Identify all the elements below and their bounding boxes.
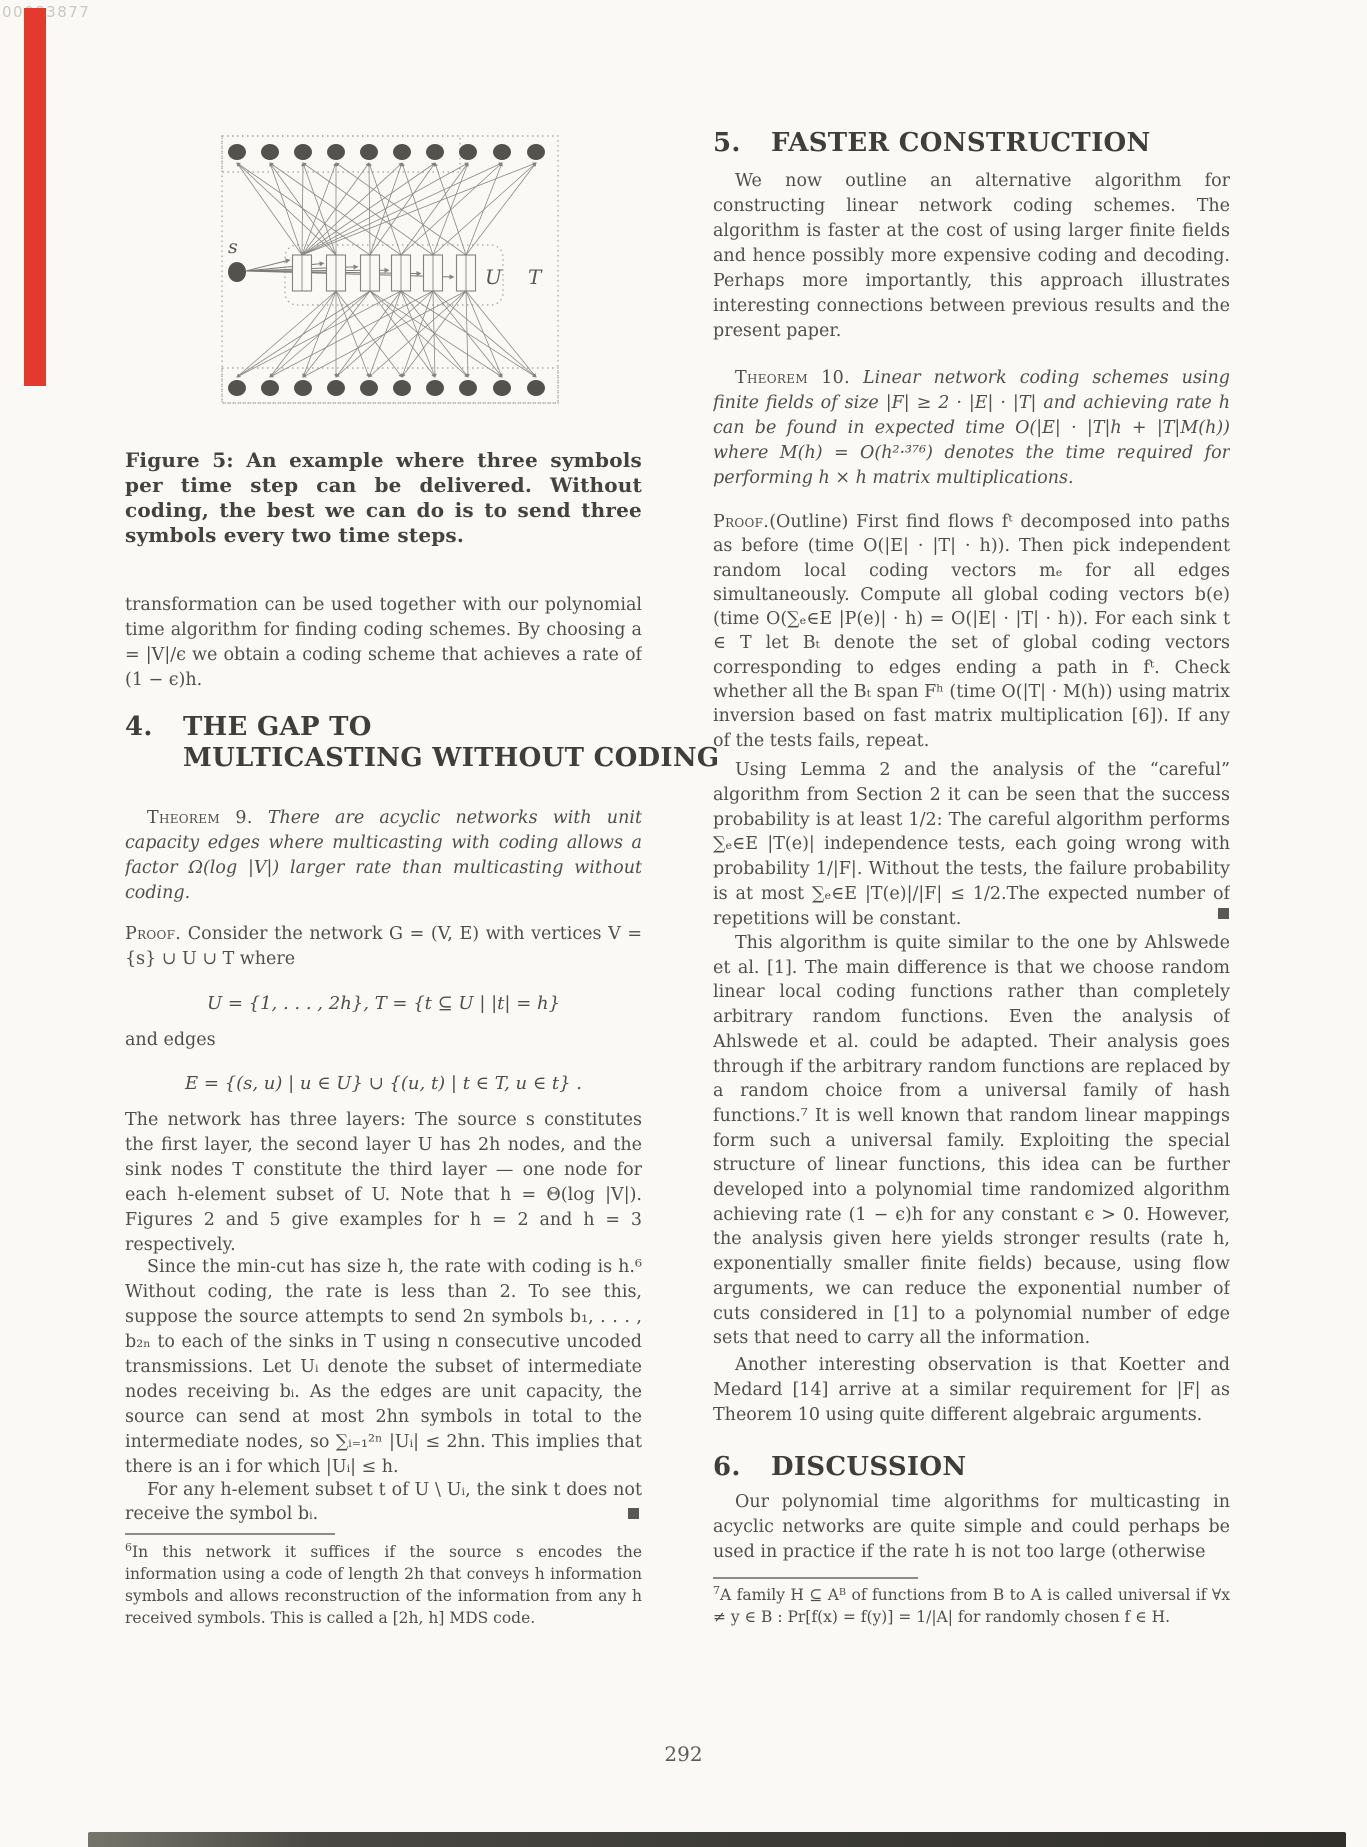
proof-10-label: Proof. (713, 512, 769, 532)
section-5-number: 5. (713, 128, 771, 159)
paragraph-transformation: transformation can be used together with… (125, 593, 642, 696)
text-and-edges: and edges (125, 1028, 642, 1053)
scanned-paper-page: 00083877 s U T Figure 5: An example wher… (0, 0, 1367, 1847)
footnote-7-text: A family H ⊆ Aᴮ of functions from B to A… (713, 1586, 1230, 1626)
paragraph-intro-faster: We now outline an alternative algorithm … (713, 169, 1230, 347)
theorem-10: Theorem 10. Linear network coding scheme… (713, 366, 1230, 495)
paragraph-mincut: Since the min-cut has size h, the rate w… (125, 1255, 642, 1481)
section-6-heading: 6.DISCUSSION (713, 1452, 966, 1483)
section-5-heading: 5.FASTER CONSTRUCTION (713, 128, 1151, 159)
t-region-dotted-box (222, 136, 558, 403)
section-4-number: 4. (125, 712, 183, 743)
footnote-6-marker: 6 (125, 1541, 132, 1554)
footnote-6: 6In this network it suffices if the sour… (125, 1541, 642, 1653)
proof-10-body: (Outline) First find flows fᵗ decomposed… (713, 512, 1230, 751)
section-4-title-line1: THE GAP TO (183, 712, 372, 742)
section-6-title: DISCUSSION (771, 1452, 966, 1482)
theorem-9-label: Theorem 9. (147, 808, 253, 828)
footnote-rule-right (713, 1577, 918, 1579)
equation-E: E = {(s, u) | u ∈ U} ∪ {(u, t) | t ∈ T, … (125, 1071, 642, 1096)
theorem-10-label: Theorem 10. (735, 368, 850, 388)
qed-square-theorem10 (1218, 908, 1229, 919)
section-4-heading: 4.THE GAP TO MULTICASTING WITHOUT CODING (125, 712, 719, 774)
scan-corner-id: 00083877 (2, 3, 90, 21)
equation-U-T: U = {1, . . . , 2h}, T = {t ⊆ U | |t| = … (125, 991, 642, 1016)
footnote-7: 7A family H ⊆ Aᴮ of functions from B to … (713, 1585, 1230, 1653)
paragraph-koetter: Another interesting observation is that … (713, 1353, 1230, 1431)
qed-square-theorem9 (628, 1508, 639, 1519)
proof-9-body: Consider the network G = (V, E) with ver… (125, 924, 642, 969)
section-5-title: FASTER CONSTRUCTION (771, 128, 1151, 158)
paragraph-lemma2: Using Lemma 2 and the analysis of the “c… (713, 758, 1230, 934)
paragraph-forany: For any h-element subset t of U \ Uᵢ, th… (125, 1478, 642, 1530)
scan-bottom-edge-band (88, 1832, 1346, 1847)
scan-red-margin-mark (24, 8, 46, 386)
proof-9: Proof. Consider the network G = (V, E) w… (125, 922, 642, 975)
section-6-number: 6. (713, 1452, 771, 1483)
footnote-rule-left (125, 1533, 335, 1535)
figure5-network-diagram: s U T (185, 118, 575, 413)
figure5-caption: Figure 5: An example where three symbols… (125, 448, 642, 552)
proof-9-label: Proof. (125, 924, 181, 944)
u-region-label: U (485, 265, 503, 289)
paragraph-discussion: Our polynomial time algorithms for multi… (713, 1490, 1230, 1568)
page-number: 292 (0, 1742, 1367, 1766)
t-region-label: T (528, 265, 543, 289)
footnote-7-marker: 7 (713, 1585, 720, 1597)
paragraph-network-layers: The network has three layers: The source… (125, 1108, 642, 1260)
footnote-6-text: In this network it suffices if the sourc… (125, 1543, 642, 1627)
proof-10: Proof.(Outline) First find flows fᵗ deco… (713, 510, 1230, 754)
paragraph-ahlswede: This algorithm is quite similar to the o… (713, 931, 1230, 1351)
source-label: s (228, 236, 238, 258)
section-4-title-line2: MULTICASTING WITHOUT CODING (183, 743, 719, 773)
theorem-9: Theorem 9. There are acyclic networks wi… (125, 806, 642, 910)
